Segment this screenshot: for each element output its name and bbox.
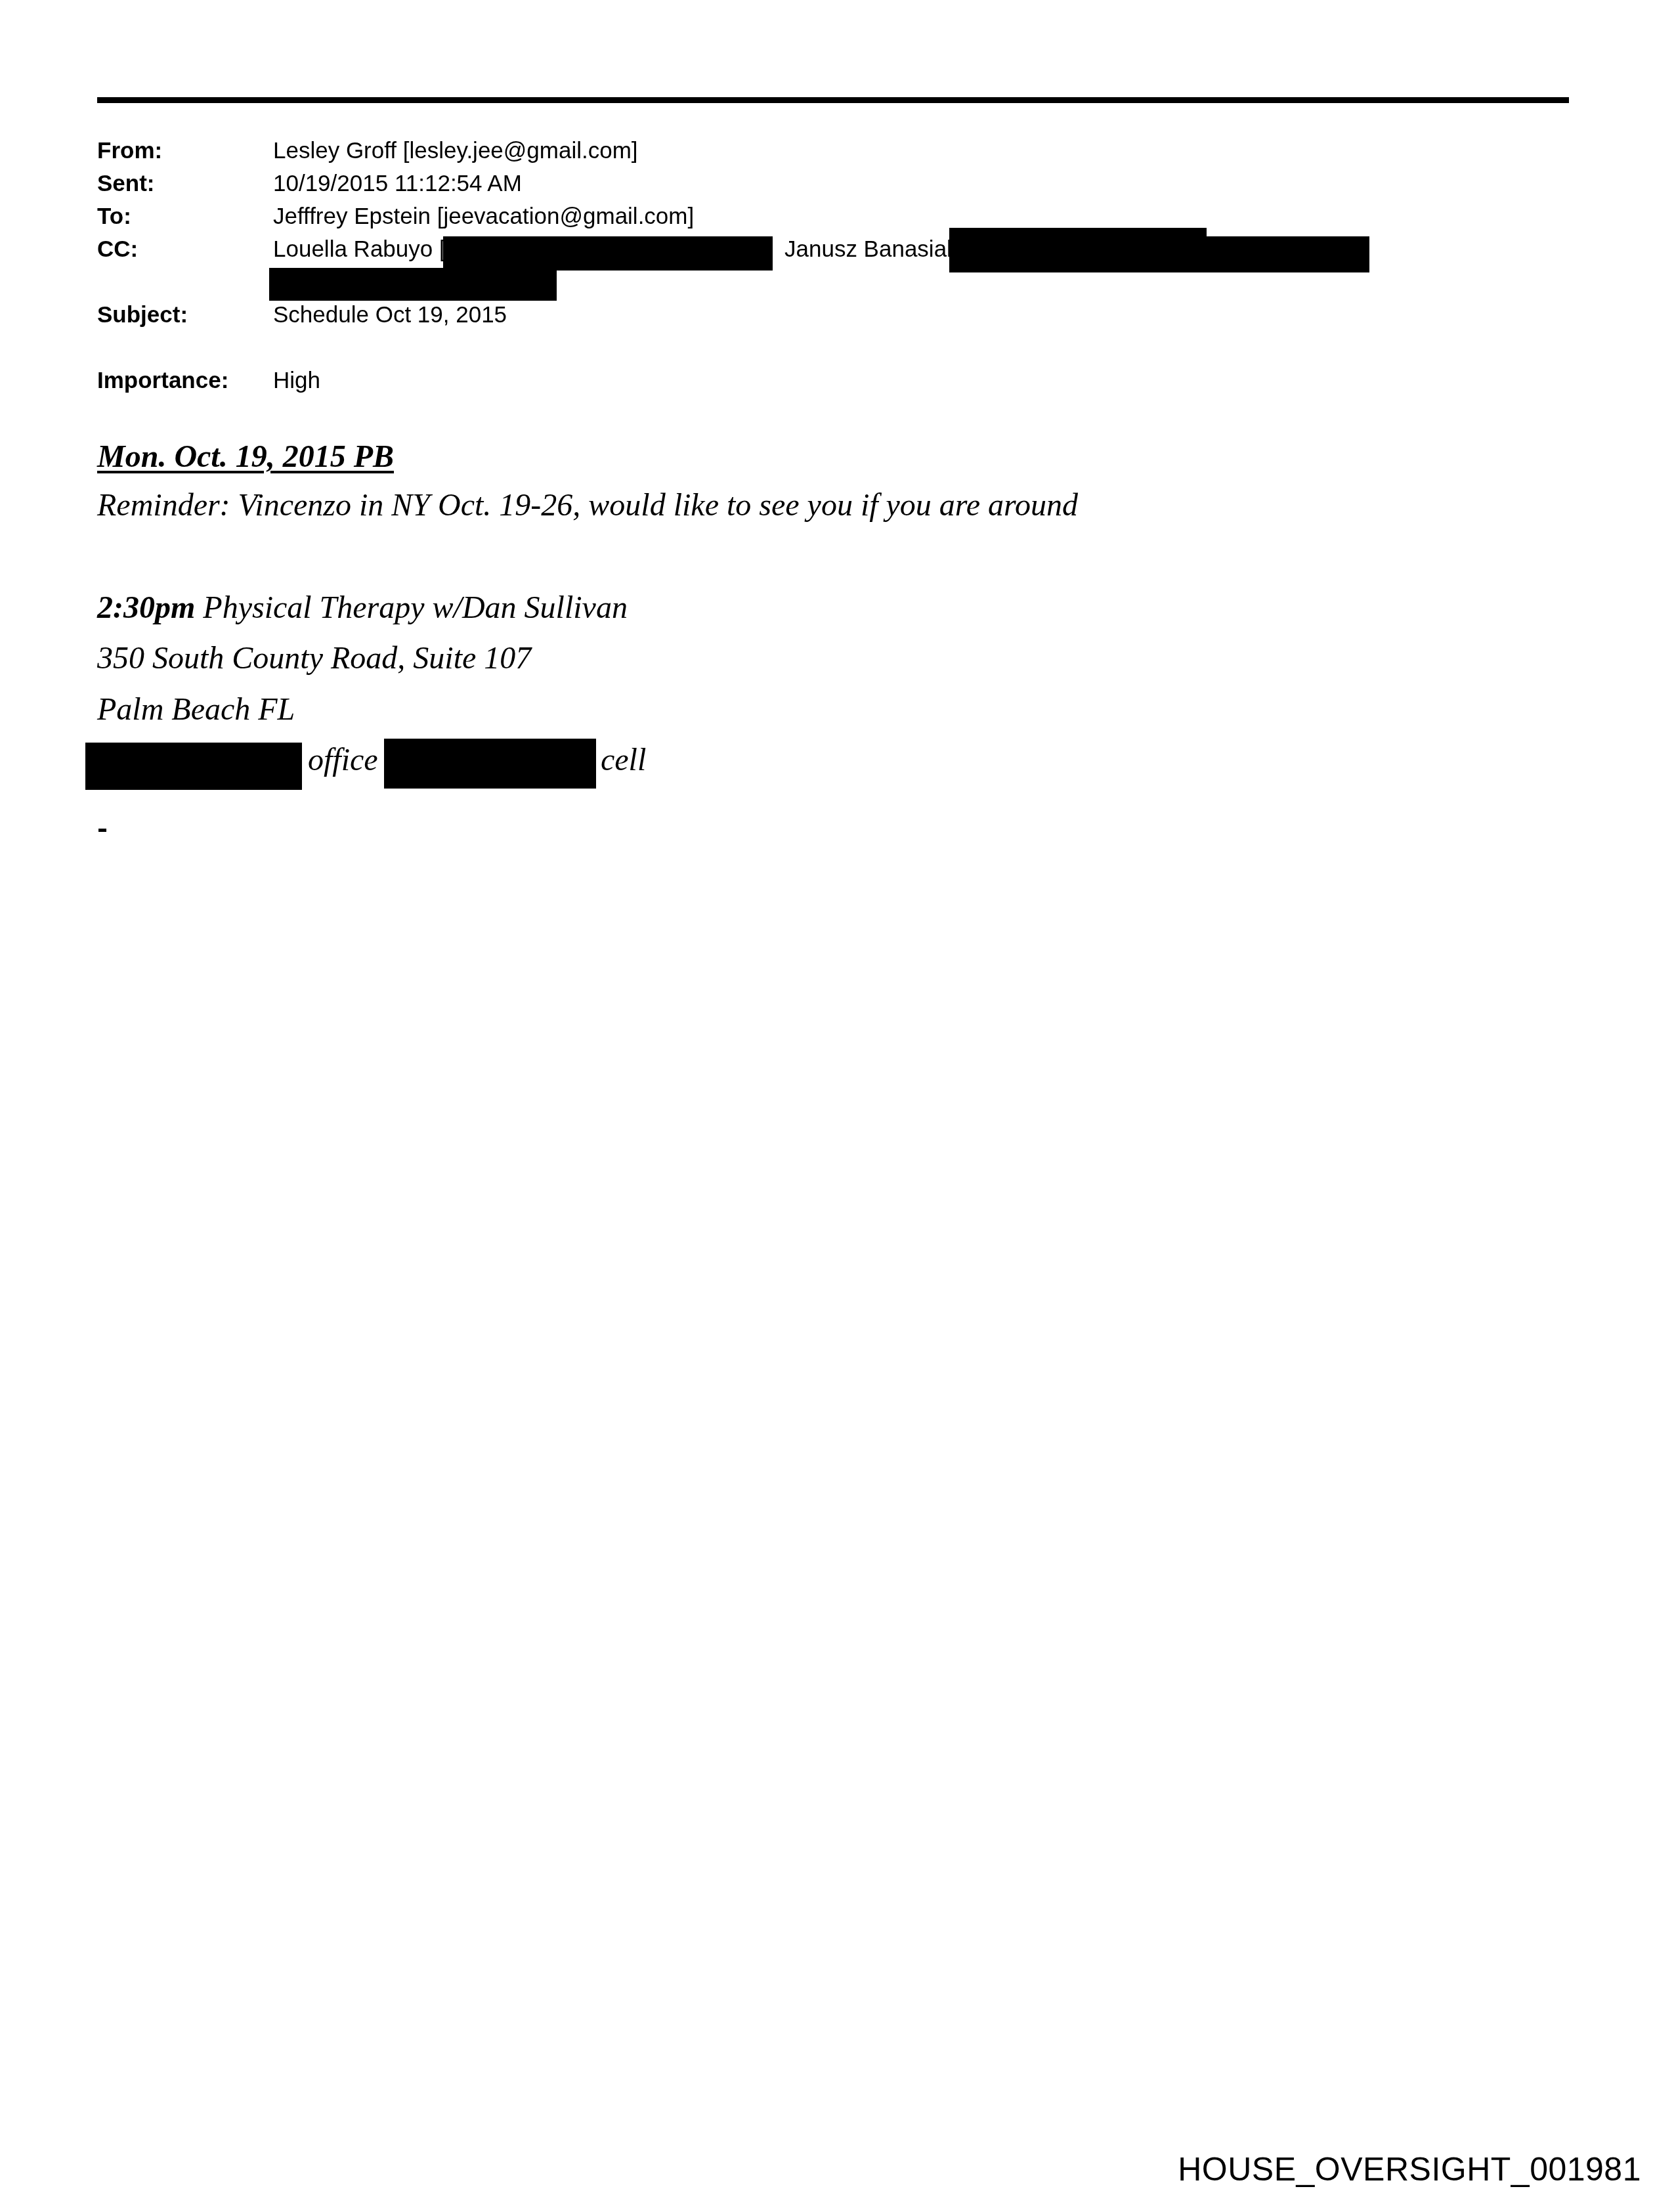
from-label: From: — [97, 135, 162, 167]
cc-recipient-1-name: Louella Rabuyo [ — [273, 233, 446, 266]
top-rule-divider — [97, 97, 1569, 103]
to-label: To: — [97, 200, 131, 233]
office-label: office — [308, 742, 378, 778]
from-value: Lesley Groff [lesley.jee@gmail.com] — [273, 135, 638, 167]
appointment-time: 2:30pm — [97, 590, 195, 625]
appointment-line: 2:30pm Physical Therapy w/Dan Sullivan — [97, 590, 628, 626]
redaction-cell-phone — [384, 739, 596, 789]
importance-label: Importance: — [97, 364, 228, 397]
cc-label: CC: — [97, 233, 138, 266]
sent-value: 10/19/2015 11:12:54 AM — [273, 167, 522, 200]
subject-value: Schedule Oct 19, 2015 — [273, 299, 507, 332]
schedule-date-heading: Mon. Oct. 19, 2015 PB — [97, 439, 394, 475]
reminder-text: Reminder: Vincenzo in NY Oct. 19-26, wou… — [97, 487, 1078, 523]
cell-label: cell — [601, 742, 646, 778]
cc-recipient-2-name: Janusz Banasiak — [784, 233, 958, 266]
appointment-address-line1: 350 South County Road, Suite 107 — [97, 640, 531, 676]
redaction-cc-continuation — [269, 268, 557, 301]
bates-number: HOUSE_OVERSIGHT_001981 — [1178, 2150, 1641, 2188]
trailing-dash-mark — [98, 829, 106, 832]
to-value: Jefffrey Epstein [jeevacation@gmail.com] — [273, 200, 694, 233]
redaction-office-phone — [85, 743, 302, 790]
sent-label: Sent: — [97, 167, 155, 200]
redaction-cc-2-email — [949, 236, 1369, 272]
appointment-address-line2: Palm Beach FL — [97, 691, 295, 727]
redaction-cc-1-email — [443, 236, 773, 271]
subject-label: Subject: — [97, 299, 188, 332]
appointment-description: Physical Therapy w/Dan Sullivan — [195, 590, 628, 625]
importance-value: High — [273, 364, 320, 397]
